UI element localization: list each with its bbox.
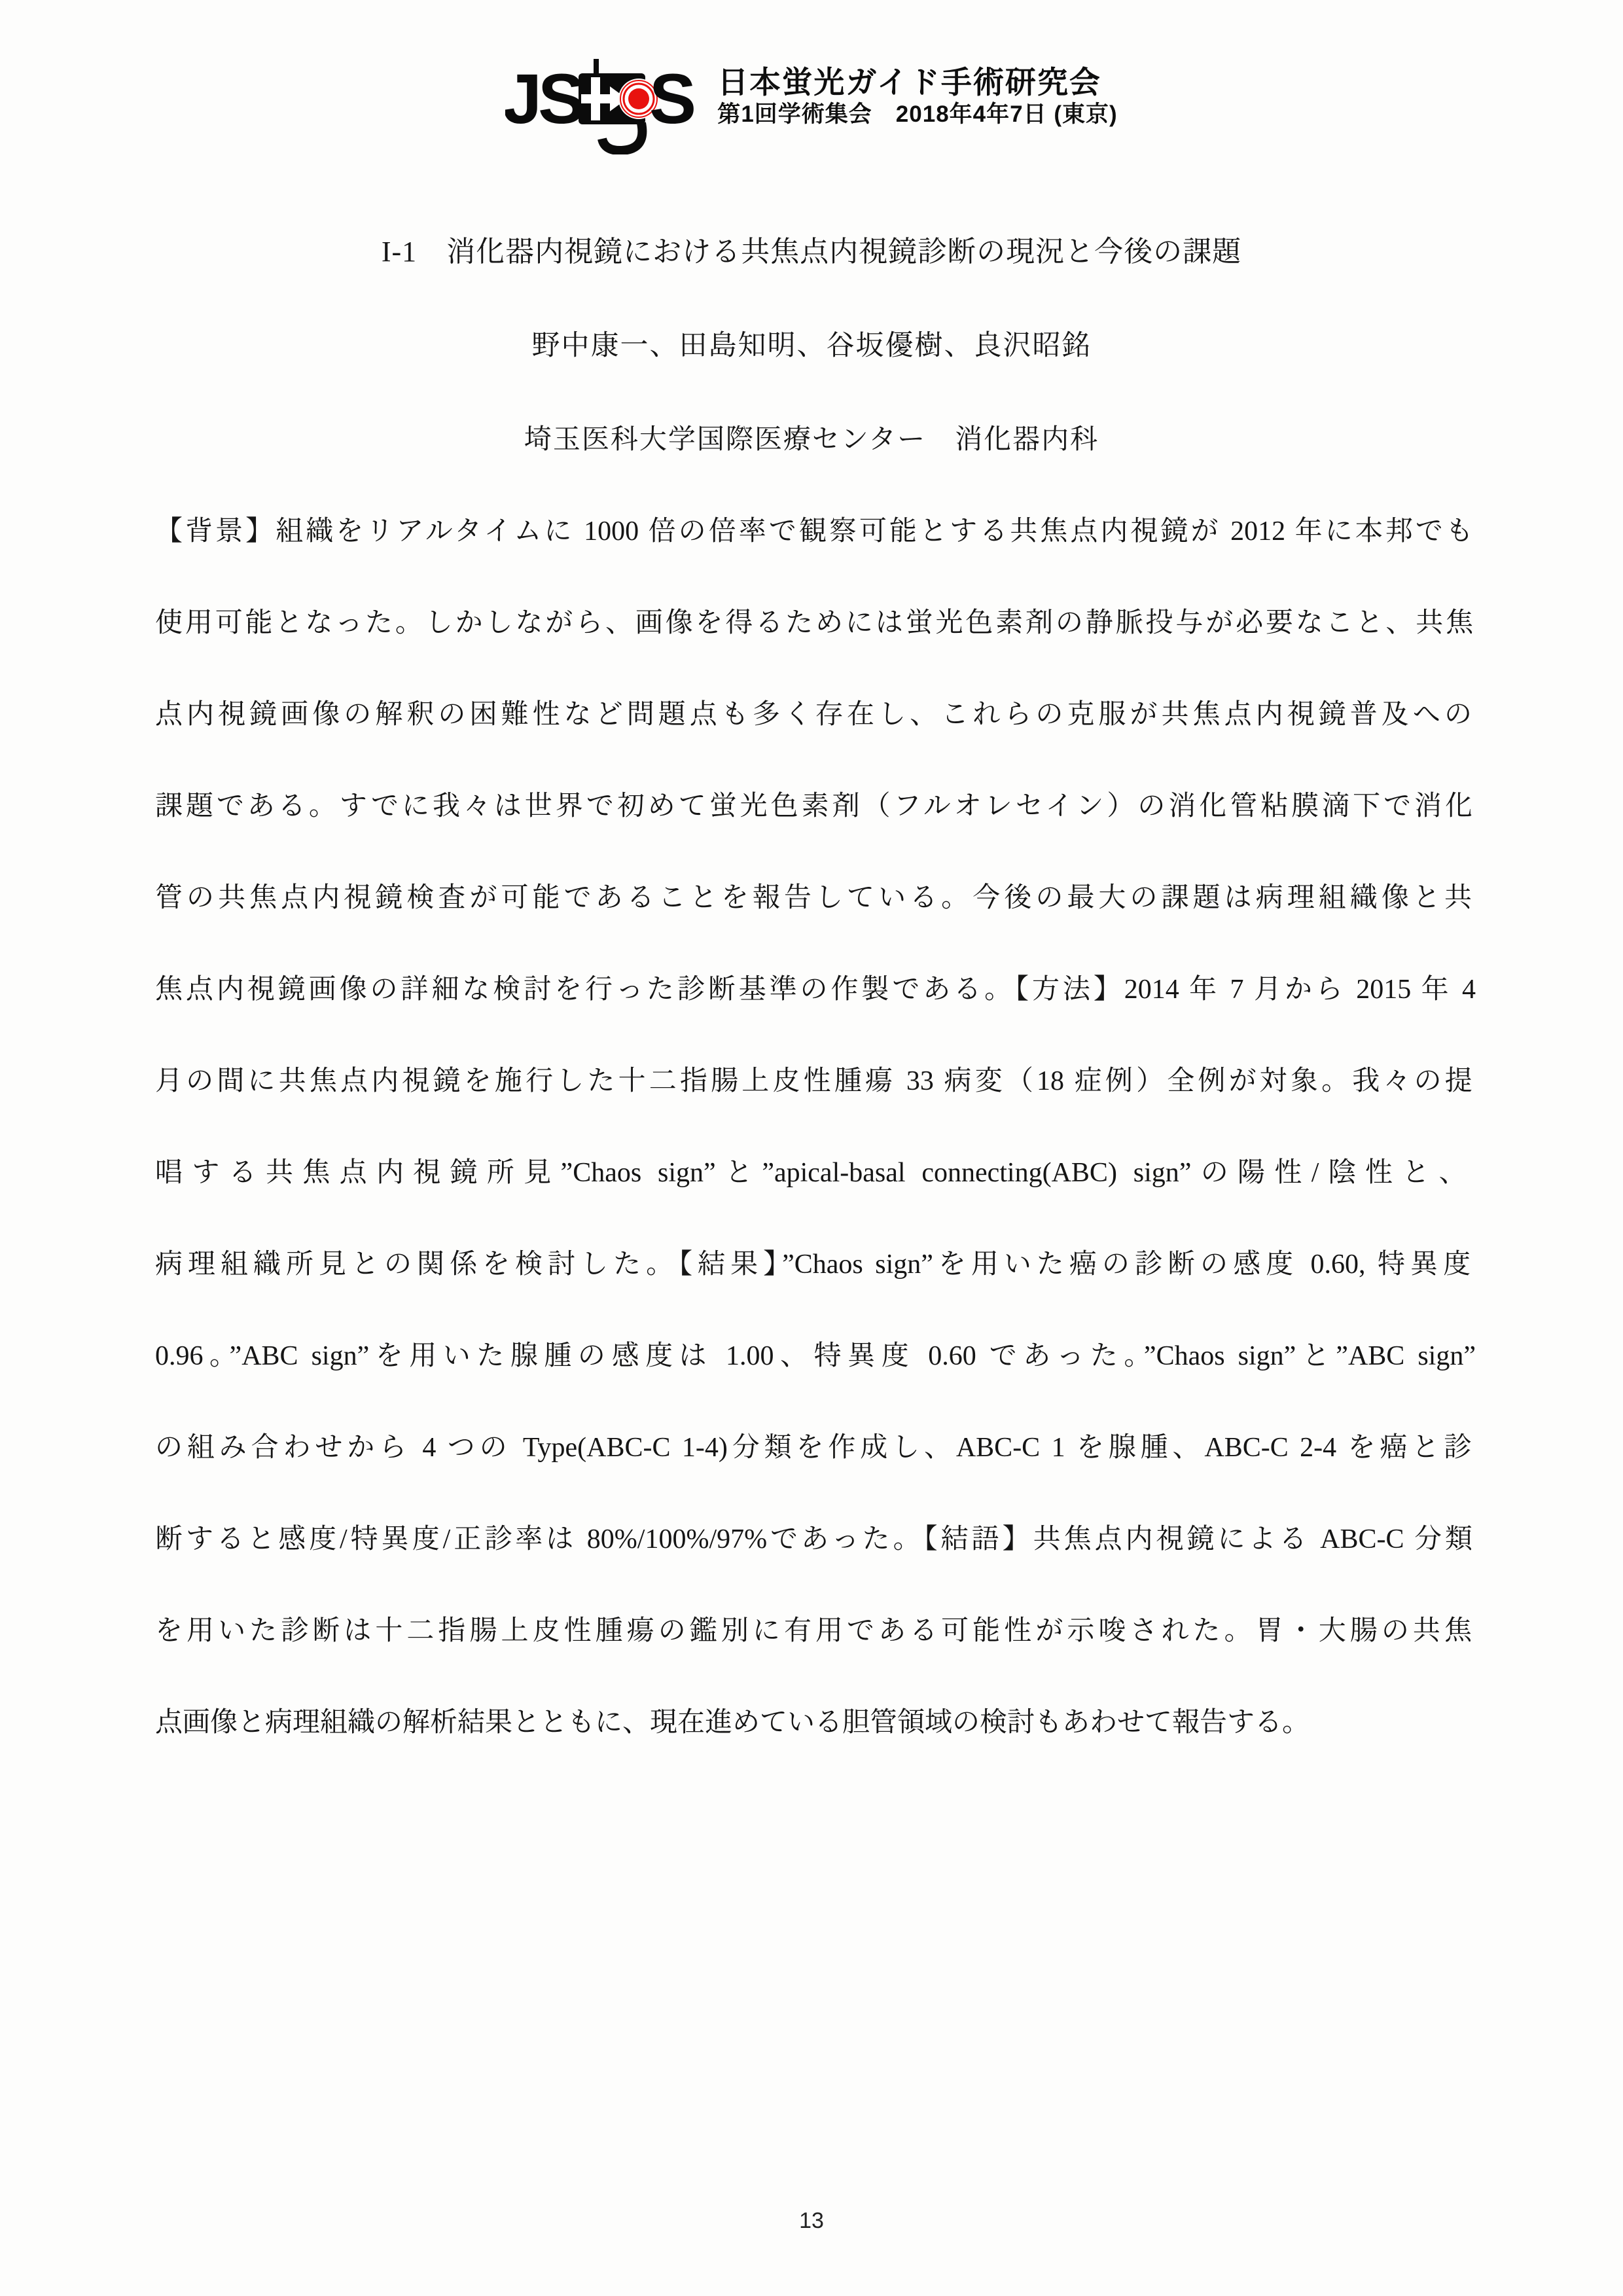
abstract-authors: 野中康一、田島知明、谷坂優樹、良沢昭銘 bbox=[0, 323, 1623, 363]
abstract-body-line: 点画像と病理組織の解析結果とともに、現在進めている胆管領域の検討もあわせて報告す… bbox=[155, 1677, 1476, 1768]
abstract-body-line: 使用可能となった。しかしながら、画像を得るためには蛍光色素剤の静脈投与が必要なこ… bbox=[155, 577, 1476, 669]
page-header: JS S 日本蛍光ガイド手術研究会 第1回学術集会 2018年4年7日 (東京) bbox=[0, 56, 1623, 154]
abstract-body-line: 病理組織所見との関係を検討した。【結果】”Chaos sign”を用いた癌の診断… bbox=[155, 1219, 1476, 1310]
abstract-body-line: 【背景】組織をリアルタイムに 1000 倍の倍率で観察可能とする共焦点内視鏡が … bbox=[155, 486, 1476, 577]
abstract-body-line: 点内視鏡画像の解釈の困難性など問題点も多く存在し、これらの克服が共焦点内視鏡普及… bbox=[155, 669, 1476, 761]
abstract-page: JS S 日本蛍光ガイド手術研究会 第1回学術集会 2018年4年7日 (東京) bbox=[0, 0, 1623, 2296]
abstract-body-line: 管の共焦点内視鏡検査が可能であることを報告している。今後の最大の課題は病理組織像… bbox=[155, 852, 1476, 944]
abstract-body-line: 唱する共焦点内視鏡所見”Chaos sign”と”apical-basal co… bbox=[155, 1127, 1476, 1219]
abstract-body-line: の組み合わせから 4 つの Type(ABC-C 1-4)分類を作成し、ABC-… bbox=[155, 1402, 1476, 1494]
abstract-title: I-1 消化器内視鏡における共焦点内視鏡診断の現況と今後の課題 bbox=[0, 228, 1623, 270]
abstract-body-line: 0.96。”ABC sign”を用いた腺腫の感度は 1.00、特異度 0.60 … bbox=[155, 1310, 1476, 1402]
header-text-block: 日本蛍光ガイド手術研究会 第1回学術集会 2018年4年7日 (東京) bbox=[717, 56, 1117, 129]
abstract-body-line: を用いた診断は十二指腸上皮性腫瘍の鑑別に有用である可能性が示唆された。胃・大腸の… bbox=[155, 1585, 1476, 1677]
abstract-body-line: 焦点内視鏡画像の詳細な検討を行った診断基準の作製である。【方法】2014 年 7… bbox=[155, 944, 1476, 1035]
abstract-body-line: 断すると感度/特異度/正診率は 80%/100%/97%であった。【結語】共焦点… bbox=[155, 1494, 1476, 1585]
organization-name: 日本蛍光ガイド手術研究会 bbox=[717, 64, 1117, 100]
logo-letters-js: JS bbox=[505, 59, 582, 138]
logo-letter-s: S bbox=[649, 59, 696, 138]
meeting-info: 第1回学術集会 2018年4年7日 (東京) bbox=[717, 100, 1117, 129]
abstract-body: 【背景】組織をリアルタイムに 1000 倍の倍率で観察可能とする共焦点内視鏡が … bbox=[155, 486, 1476, 1768]
abstract-body-line: 課題である。すでに我々は世界で初めて蛍光色素剤（フルオレセイン）の消化管粘膜滴下… bbox=[155, 761, 1476, 852]
page-number: 13 bbox=[0, 2208, 1623, 2234]
abstract-body-line: 月の間に共焦点内視鏡を施行した十二指腸上皮性腫瘍 33 病変（18 症例）全例が… bbox=[155, 1035, 1476, 1127]
abstract-affiliation: 埼玉医科大学国際医療センター 消化器内科 bbox=[0, 418, 1623, 457]
jsfgs-logo-icon: JS S bbox=[505, 56, 705, 154]
